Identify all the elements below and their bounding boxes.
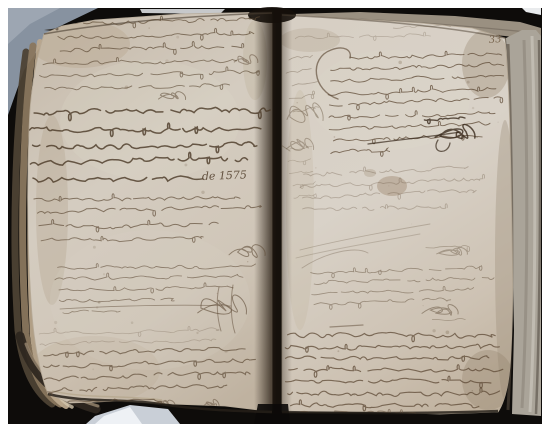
paper-speckle xyxy=(184,163,187,166)
paper-speckle xyxy=(297,102,298,103)
paper-speckle xyxy=(398,61,402,65)
paper-speckle xyxy=(96,306,98,308)
gutter-bottom-shadow xyxy=(254,404,290,424)
paper-speckle xyxy=(54,321,57,324)
paper-speckle xyxy=(201,191,204,194)
paper-speckle xyxy=(472,107,474,109)
paper-speckle xyxy=(388,185,389,186)
paper-speckle xyxy=(103,273,105,275)
paper-speckle xyxy=(334,136,336,138)
book-gutter xyxy=(254,10,292,414)
paper-speckle xyxy=(98,301,101,304)
paper-speckle xyxy=(315,167,316,168)
paper-speckle xyxy=(411,223,412,224)
paper-speckle xyxy=(446,330,450,334)
paper-speckle xyxy=(165,59,168,62)
paper-speckle xyxy=(247,261,248,262)
paper-speckle xyxy=(472,390,473,391)
folio-number: 33 xyxy=(488,34,502,46)
photo-frame: de 1575 33 xyxy=(0,0,550,432)
manuscript-photograph: de 1575 33 xyxy=(0,0,550,432)
paper-speckle xyxy=(125,85,129,89)
paper-speckle xyxy=(131,321,134,324)
paper-speckle xyxy=(467,81,470,84)
paper-speckle xyxy=(432,329,435,332)
paper-speckle xyxy=(337,350,339,352)
paper-speckle xyxy=(92,368,94,370)
paper-speckle xyxy=(354,395,355,396)
paper-speckle xyxy=(93,246,96,249)
paper-speckle xyxy=(196,332,198,334)
paper-speckle xyxy=(176,36,179,39)
paper-speckle xyxy=(148,27,149,28)
paper-speckle xyxy=(423,305,424,306)
paper-speckle xyxy=(217,293,218,294)
year-inscription: de 1575 xyxy=(202,168,247,183)
paper-speckle xyxy=(224,350,227,353)
paper-speckle xyxy=(498,122,499,123)
